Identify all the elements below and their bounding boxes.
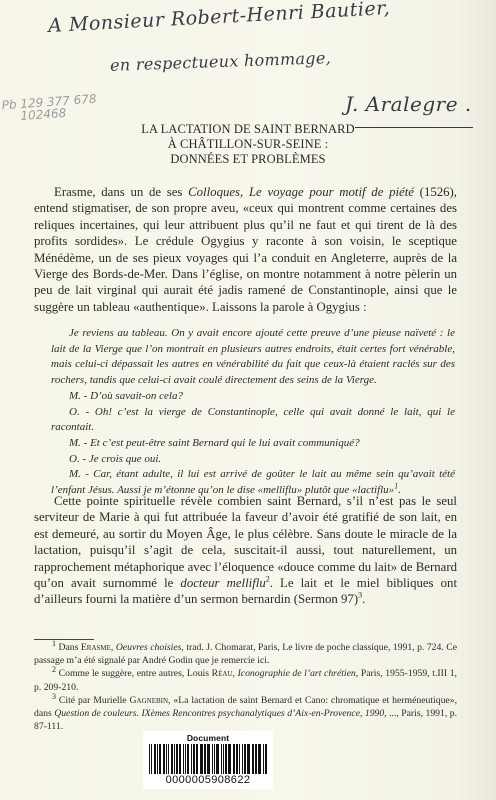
barcode-bar: [157, 744, 158, 774]
barcode-bar: [183, 744, 184, 774]
footnotes: 1 Dans Erasme, Oeuvres choisies, trad. J…: [34, 641, 457, 733]
barcode-bar: [252, 744, 254, 774]
barcode-bar: [228, 744, 231, 774]
p1-work-title: Colloques, Le voyage pour motif de piété: [188, 185, 414, 199]
paragraph-erasmus: Erasme, dans un de ses Colloques, Le voy…: [34, 184, 457, 315]
barcode-bar: [168, 744, 169, 774]
barcode-bars: [149, 744, 267, 774]
p1-text-start: Erasme, dans un de ses: [54, 185, 188, 199]
footnote-3-pre: Cité par Murielle: [56, 695, 130, 706]
barcode-bar: [154, 744, 156, 774]
quote-line-menedeme-2: M. - Et c’est peut-être saint Bernard qu…: [51, 436, 455, 452]
barcode-bar: [185, 744, 186, 774]
paragraph-bernard: Cette pointe spirituelle révèle combien …: [34, 493, 457, 608]
barcode-bar: [221, 744, 222, 774]
quote-narration: Je reviens au tableau. On y avait encore…: [51, 326, 455, 389]
barcode-bar: [223, 744, 224, 774]
handwritten-dedication-line1: A Monsieur Robert-Henri Bautier,: [48, 0, 391, 37]
barcode-bar: [159, 744, 161, 774]
barcode-bar: [166, 744, 167, 774]
footnote-1-pre: Dans: [56, 642, 81, 653]
pencil-catalog-marks: Pb 129 377 678 102468: [1, 93, 97, 124]
p2-text-end: .: [362, 592, 365, 606]
barcode-bar: [239, 744, 240, 774]
barcode-bar: [200, 744, 203, 774]
footnote-3: 3 Cité par Murielle Gagnebin, «La lactat…: [34, 694, 457, 734]
barcode-bar: [242, 744, 243, 774]
p2-epithet: docteur melliflu: [180, 576, 265, 590]
title-line1: LA LACTATION DE SAINT BERNARD: [0, 122, 496, 137]
footnote-2-title: Iconographie de l’art chrétien: [238, 668, 356, 679]
library-barcode-label: Document 0000005908622: [143, 731, 273, 789]
barcode-bar: [265, 744, 267, 774]
barcode-bar: [196, 744, 198, 774]
barcode-bar: [247, 744, 250, 774]
barcode-bar: [214, 744, 215, 774]
footnote-3-author: Gagnebin: [130, 695, 169, 706]
barcode-bar: [258, 744, 261, 774]
barcode-bar: [179, 744, 181, 774]
barcode-bar: [193, 744, 195, 774]
handwritten-signature: J. Aralegre .: [345, 92, 472, 116]
block-quote-colloquy: Je reviens au tableau. On y avait encore…: [51, 326, 455, 499]
barcode-bar: [255, 744, 257, 774]
footnote-2-pre: Comme le suggère, entre autres, Louis: [56, 668, 212, 679]
barcode-bar: [263, 744, 264, 774]
footnote-separator: [34, 639, 94, 640]
barcode-bar: [163, 744, 165, 774]
quote-line-ogygius-2: O. - Je crois que oui.: [51, 452, 455, 468]
footnote-2-author: Réau: [212, 668, 233, 679]
barcode-bar: [244, 744, 246, 774]
barcode-bar: [191, 744, 192, 774]
barcode-bar: [216, 744, 219, 774]
barcode-bar: [176, 744, 178, 774]
barcode-number: 0000005908622: [143, 774, 273, 787]
barcode-bar: [174, 744, 175, 774]
barcode-bar: [207, 744, 210, 774]
title-line3: DONNÉES ET PROBLÈMES: [0, 152, 496, 167]
article-title: LA LACTATION DE SAINT BERNARD À CHÂTILLO…: [0, 122, 496, 167]
barcode-bar: [149, 744, 150, 774]
barcode-bar: [212, 744, 213, 774]
barcode-bar: [225, 744, 227, 774]
footnote-1-author: Erasme: [81, 642, 111, 653]
footnote-3-title: Question de couleurs. IXèmes Rencontres …: [54, 708, 384, 719]
p1-text-rest: (1526), entend stigmatiser, de son propr…: [34, 185, 457, 314]
barcode-bar: [233, 744, 235, 774]
document-page: A Monsieur Robert-Henri Bautier, en resp…: [0, 0, 496, 800]
barcode-bar: [151, 744, 152, 774]
barcode-bar: [171, 744, 173, 774]
barcode-bar: [204, 744, 206, 774]
footnote-2: 2 Comme le suggère, entre autres, Louis …: [34, 667, 457, 693]
title-line2: À CHÂTILLON-SUR-SEINE :: [0, 137, 496, 152]
quote-line-ogygius-1: O. - Oh! c’est la vierge de Constantinop…: [51, 405, 455, 436]
quote-line-menedeme-1: M. - D’où savait-on cela?: [51, 389, 455, 405]
footnote-1: 1 Dans Erasme, Oeuvres choisies, trad. J…: [34, 641, 457, 667]
barcode-bar: [187, 744, 189, 774]
handwritten-dedication-line2: en respectueux hommage,: [110, 48, 332, 75]
footnote-1-title: Oeuvres choisies: [116, 642, 182, 653]
barcode-bar: [236, 744, 238, 774]
barcode-label-text: Document: [143, 731, 273, 743]
